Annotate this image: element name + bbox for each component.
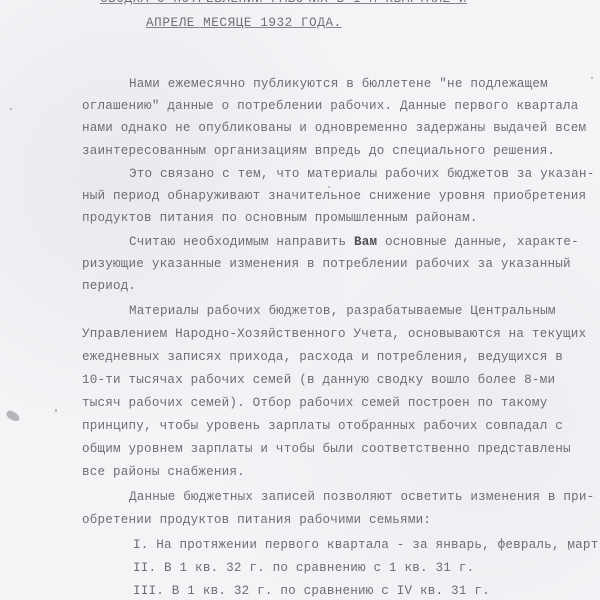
scan-speck [10, 108, 12, 110]
paragraph-3-line-1: Считаю необходимым направить Вам основны… [129, 234, 579, 250]
paragraph-2-line-2: ный период обнаруживают значительное сни… [82, 188, 586, 204]
scan-speck [55, 409, 57, 412]
paragraph-4-line-2: Управлением Народно-Хозяйственного Учета… [82, 326, 586, 342]
paragraph-3-line-2: ризующие указанные изменения в потреблен… [82, 256, 571, 272]
paragraph-2-line-3: продуктов питания по основным промышленн… [82, 210, 478, 226]
paragraph-3-text-b: основные данные, характе- [377, 235, 579, 249]
paragraph-3-text-a: Считаю необходимым направить [129, 235, 354, 249]
addressee-vam: Вам [354, 235, 377, 249]
paragraph-4-line-8: все районы снабжения. [82, 464, 245, 480]
paragraph-4-line-1: Материалы рабочих бюджетов, разрабатывае… [129, 303, 556, 319]
list-item-1: I. На протяжении первого квартала - за я… [133, 537, 600, 553]
paragraph-4-line-7: общим уровнем зарплаты и чтобы были соот… [82, 441, 571, 457]
list-item-2: II. В 1 кв. 32 г. по сравнению с 1 кв. 3… [133, 560, 474, 576]
paragraph-4-line-4: 10-ти тысячах рабочих семей (в данную св… [82, 372, 555, 388]
scanned-document-page: СВОДКА О ПОТРЕБЛЕНИИ РАБОЧИХ В 1-М КВАРТ… [0, 0, 600, 600]
ink-blot-mark [5, 409, 21, 423]
paragraph-1-line-2: оглашению" данные о потреблении рабочих.… [82, 98, 578, 114]
paragraph-1-line-1: Нами ежемесячно публикуются в бюллетене … [129, 76, 548, 92]
paragraph-1-line-3: нами однако не опубликованы и одновремен… [82, 120, 586, 136]
scan-speck [568, 548, 570, 550]
paragraph-3-line-3: период. [82, 278, 136, 294]
list-item-3: III. В 1 кв. 32 г. по сравнению с IV кв.… [133, 583, 490, 599]
document-title-line-1: СВОДКА О ПОТРЕБЛЕНИИ РАБОЧИХ В 1-М КВАРТ… [100, 0, 467, 7]
paragraph-4-line-6: принципу, чтобы уровень зарплаты отобран… [82, 418, 563, 434]
paragraph-1-line-4: заинтересованным организациям впредь до … [82, 143, 555, 159]
scan-speck [591, 77, 593, 79]
paragraph-5-line-2: обретении продуктов питания рабочими сем… [82, 512, 431, 528]
document-title-line-2: АПРЕЛЕ МЕСЯЦЕ 1932 ГОДА. [146, 15, 342, 31]
paragraph-4-line-3: ежедневных записях прихода, расхода и по… [82, 349, 563, 365]
paragraph-5-line-1: Данные бюджетных записей позволяют освет… [129, 489, 594, 505]
scan-speck [328, 186, 330, 188]
scan-speck [220, 197, 222, 199]
paragraph-4-line-5: тысяч рабочих семей). Отбор рабочих семе… [82, 395, 547, 411]
paragraph-2-line-1: Это связано с тем, что материалы рабочих… [129, 166, 594, 182]
